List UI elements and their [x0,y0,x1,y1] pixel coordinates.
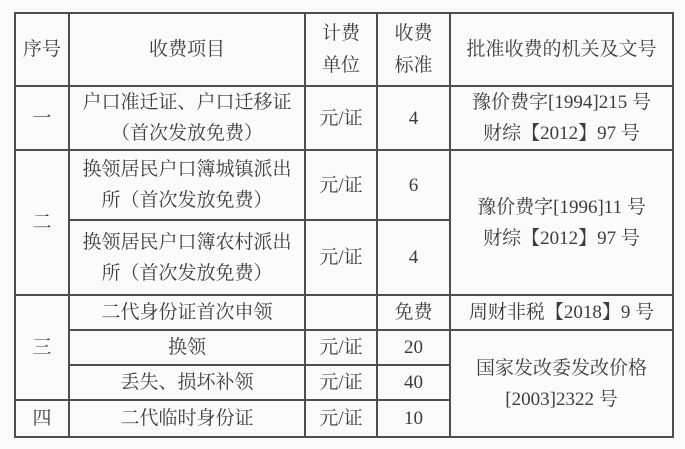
cell-authority: 豫价费字[1994]215 号 财综【2012】97 号 [450,86,673,150]
header-unit: 计费 单位 [305,13,377,86]
table-row: 二 换领居民户口簿城镇派出 所（首次发放免费） 元/证 6 豫价费字[1996]… [15,150,673,220]
cell-item: 二代身份证首次申领 [69,295,305,330]
cell-item: 户口准迁证、户口迁移证 （首次发放免费） [69,86,305,150]
cell-unit [305,295,377,330]
cell-serial: 四 [15,400,69,437]
fee-table: 序号 收费项目 计费 单位 收费 标准 批准收费的机关及文号 一 户口准迁证、户… [14,12,674,438]
cell-unit: 元/证 [305,400,377,437]
header-item: 收费项目 [69,13,305,86]
cell-item: 换领居民户口簿城镇派出 所（首次发放免费） [69,150,305,220]
cell-standard: 4 [377,86,450,150]
cell-unit: 元/证 [305,150,377,220]
cell-standard: 6 [377,150,450,220]
cell-standard: 免费 [377,295,450,330]
cell-authority: 豫价费字[1996]11 号 财综【2012】97 号 [450,150,673,295]
cell-serial: 二 [15,150,69,295]
cell-item: 二代临时身份证 [69,400,305,437]
header-standard: 收费 标准 [377,13,450,86]
table-header-row: 序号 收费项目 计费 单位 收费 标准 批准收费的机关及文号 [15,13,673,86]
cell-serial: 一 [15,86,69,150]
cell-serial: 三 [15,295,69,400]
table-row: 一 户口准迁证、户口迁移证 （首次发放免费） 元/证 4 豫价费字[1994]2… [15,86,673,150]
header-authority: 批准收费的机关及文号 [450,13,673,86]
cell-standard: 10 [377,400,450,437]
cell-item: 丢失、损坏补领 [69,365,305,400]
table-row: 换领 元/证 20 国家发改委发改价格 [2003]2322 号 [15,330,673,365]
cell-unit: 元/证 [305,86,377,150]
cell-unit: 元/证 [305,365,377,400]
page: { "page": { "background": "#fbfbfb", "bo… [0,0,685,449]
cell-unit: 元/证 [305,220,377,295]
cell-standard: 20 [377,330,450,365]
cell-item: 换领居民户口簿农村派出 所（首次发放免费） [69,220,305,295]
cell-authority: 周财非税【2018】9 号 [450,295,673,330]
cell-unit: 元/证 [305,330,377,365]
header-serial: 序号 [15,13,69,86]
cell-standard: 4 [377,220,450,295]
cell-authority: 国家发改委发改价格 [2003]2322 号 [450,330,673,437]
cell-standard: 40 [377,365,450,400]
cell-item: 换领 [69,330,305,365]
table-row: 三 二代身份证首次申领 免费 周财非税【2018】9 号 [15,295,673,330]
